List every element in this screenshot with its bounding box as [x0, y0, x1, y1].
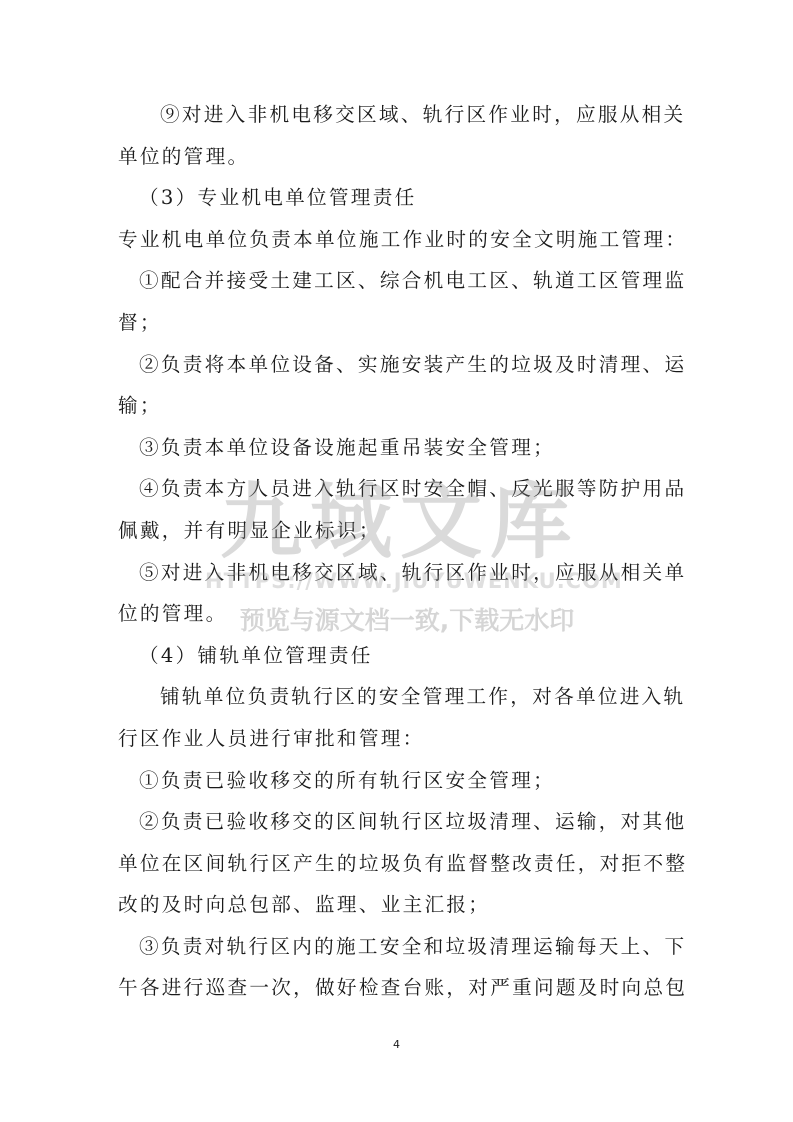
list-item-line: 改的及时向总包部、监理、业主汇报； — [118, 884, 674, 926]
page-number: 4 — [0, 1038, 793, 1051]
section-heading: （4）铺轨单位管理责任 — [118, 635, 674, 677]
list-item-line: ②负责将本单位设备、实施安装产生的垃圾及时清理、运 — [118, 344, 674, 386]
document-page: ⑨对进入非机电移交区域、轨行区作业时，应服从相关 单位的管理。 （3）专业机电单… — [0, 0, 793, 1122]
list-item-line: 佩戴，并有明显企业标识； — [118, 510, 674, 552]
paragraph-line: 行区作业人员进行审批和管理： — [118, 718, 674, 760]
list-item-line: ①负责已验收移交的所有轨行区安全管理； — [118, 760, 674, 802]
paragraph-line: 专业机电单位负责本单位施工作业时的安全文明施工管理： — [118, 219, 674, 261]
list-item-line: ③负责本单位设备设施起重吊装安全管理； — [118, 427, 674, 469]
paragraph-line: 铺轨单位负责轨行区的安全管理工作，对各单位进入轨 — [118, 676, 674, 718]
list-item-line: 输； — [118, 385, 674, 427]
list-item-line: ③负责对轨行区内的施工安全和垃圾清理运输每天上、下 — [118, 926, 674, 968]
paragraph-line: 单位的管理。 — [118, 136, 674, 178]
list-item-line: ②负责已验收移交的区间轨行区垃圾清理、运输，对其他 — [118, 801, 674, 843]
list-item-line: 午各进行巡查一次，做好检查台账，对严重问题及时向总包 — [118, 967, 674, 1009]
document-body: ⑨对进入非机电移交区域、轨行区作业时，应服从相关 单位的管理。 （3）专业机电单… — [118, 94, 674, 1009]
list-item-line: ④负责本方人员进入轨行区时安全帽、反光服等防护用品 — [118, 468, 674, 510]
list-item-line: 单位在区间轨行区产生的垃圾负有监督整改责任，对拒不整 — [118, 843, 674, 885]
list-item-line: ⑤对进入非机电移交区域、轨行区作业时，应服从相关单 — [118, 552, 674, 594]
paragraph-line: ⑨对进入非机电移交区域、轨行区作业时，应服从相关 — [118, 94, 674, 136]
list-item-line: 督； — [118, 302, 674, 344]
list-item-line: 位的管理。 — [118, 593, 674, 635]
section-heading: （3）专业机电单位管理责任 — [118, 177, 674, 219]
list-item-line: ①配合并接受土建工区、综合机电工区、轨道工区管理监 — [118, 260, 674, 302]
